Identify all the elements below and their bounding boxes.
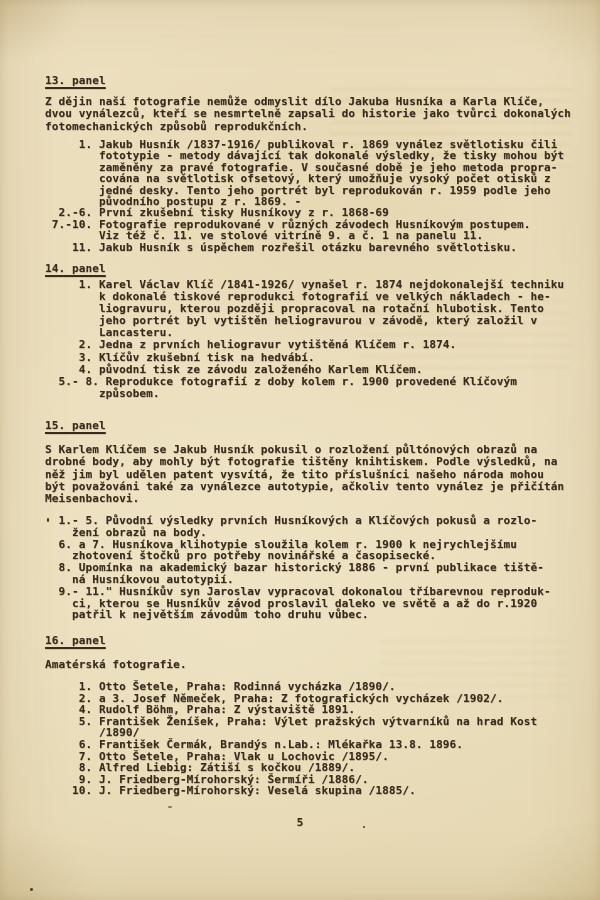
section-13-items: 1. Jakub Husník /1837-1916/ publikoval r… <box>45 139 564 253</box>
section-13-heading: 13. panel <box>45 74 106 87</box>
ink-speck <box>168 806 172 808</box>
section-15-intro: S Karlem Klíčem se Jakub Husník pokusil … <box>45 444 564 505</box>
section-14-items: 1. Karel Václav Klíč /1841-1926/ vynašel… <box>45 279 564 400</box>
section-13-intro: Z dějin naší fotografie nemůže odmyslit … <box>45 96 571 133</box>
section-14-heading: 14. panel <box>45 262 106 275</box>
scanned-document-page: 13. panel Z dějin naší fotografie nemůže… <box>0 0 600 900</box>
section-16-items: 1. Otto Šetele, Praha: Rodinná vycházka … <box>45 681 537 797</box>
section-15-heading: 15. panel <box>45 419 106 432</box>
section-15-items: 1.- 5. Původní výsledky prvních Husníkov… <box>45 515 551 621</box>
section-16-heading: 16. panel <box>45 634 106 647</box>
ink-speck <box>30 888 33 891</box>
section-16-subheading: Amatérská fotografie. <box>45 658 187 671</box>
page-number: 5 <box>0 816 600 829</box>
